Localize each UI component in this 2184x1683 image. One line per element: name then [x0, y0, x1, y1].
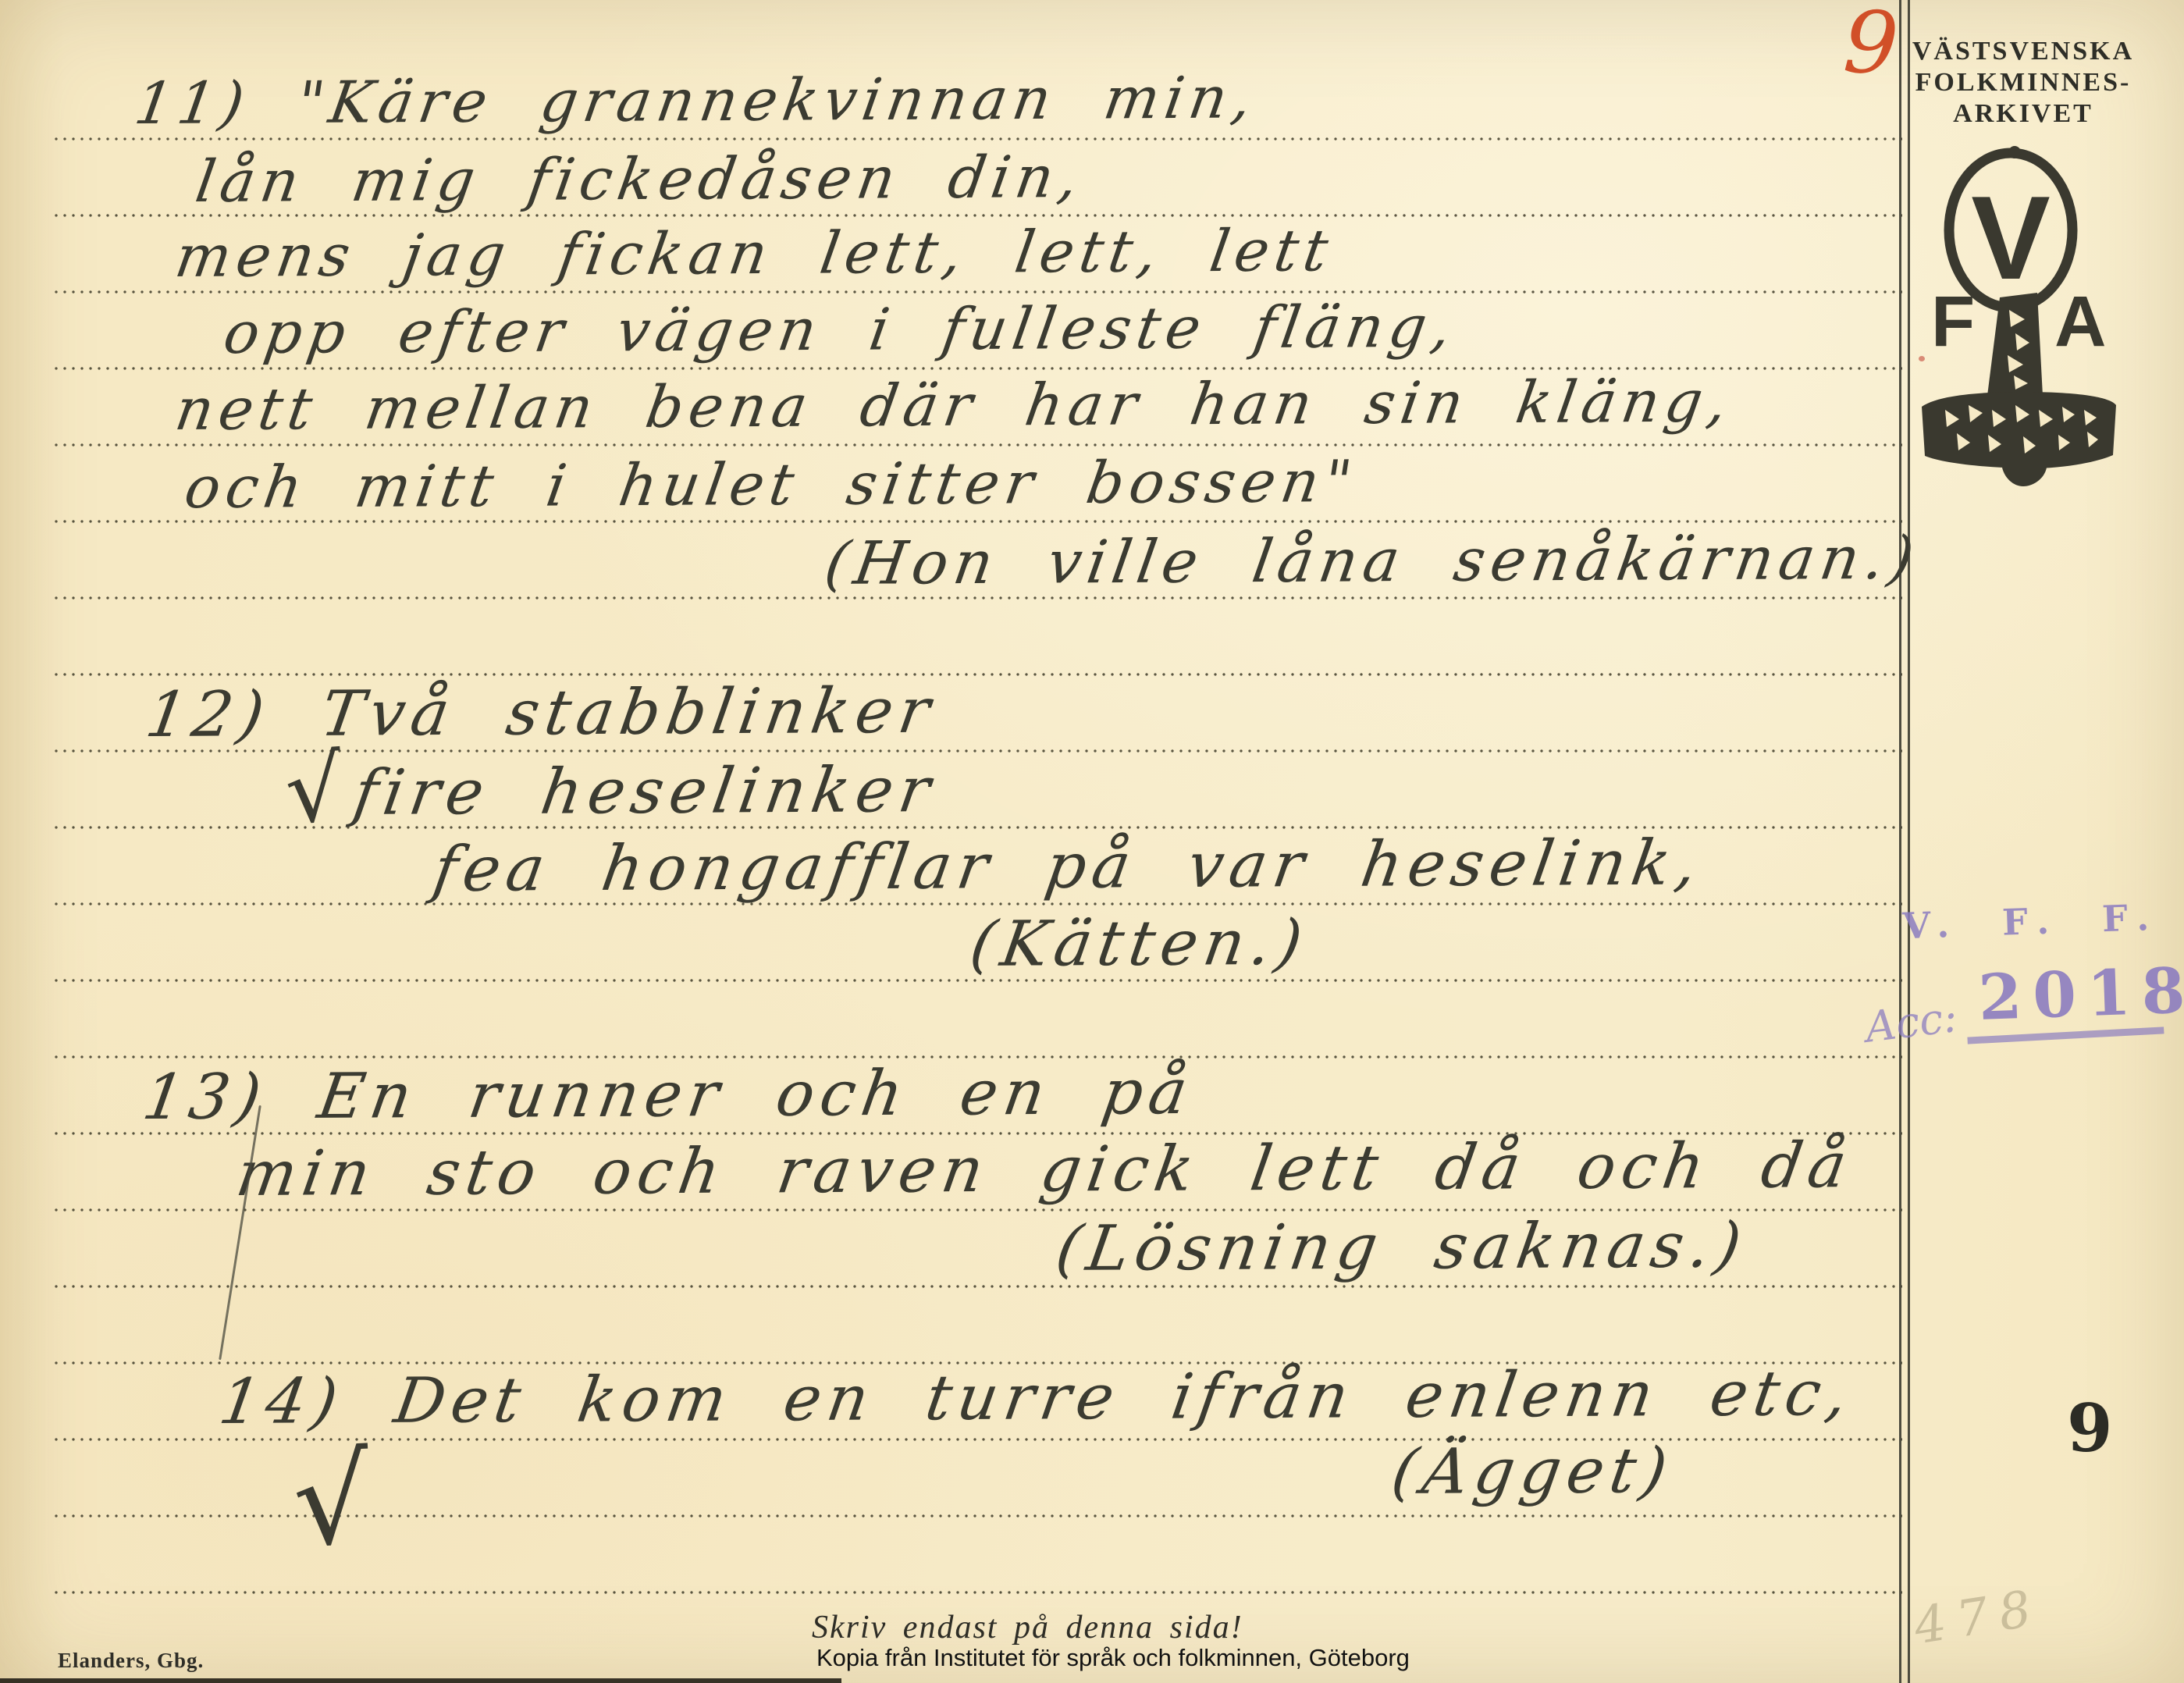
handwritten-line: (Lösning saknas.): [1052, 1214, 1752, 1280]
dotted-rule-line: [55, 137, 1902, 141]
dotted-rule-line: [55, 1285, 1902, 1288]
archive-header-line-3: ARKIVET: [1910, 98, 2136, 130]
dotted-rule-line: [55, 902, 1902, 906]
dotted-rule-line: [55, 290, 1902, 294]
dotted-rule-line: [55, 443, 1902, 447]
footer-copy-note: Kopia från Institutet för språk och folk…: [816, 1646, 1410, 1670]
handwritten-line: fire heselinker: [350, 759, 941, 824]
dotted-rule-line: [55, 673, 1902, 676]
footer-instruction: Skriv endast på denna sida!: [812, 1611, 1243, 1644]
scan-edge-shadow: [0, 1678, 841, 1683]
handwritten-line: mens jag fickan lett, lett, lett: [172, 222, 1337, 286]
handwritten-line: (Kätten.): [966, 912, 1312, 976]
handwritten-line: (Hon ville låna senåkärnan.): [821, 528, 1923, 593]
handwritten-line: lån mig fickedåsen din,: [192, 148, 1087, 211]
archive-header-line-2: FOLKMINNES-: [1910, 67, 2136, 98]
handwritten-line: 12) Två stabblinker: [142, 680, 940, 746]
logo-letter-f: F: [1931, 282, 1975, 361]
handwritten-line: 11) "Käre grannekvinnan min,: [131, 69, 1261, 133]
dotted-rule-line: [55, 1591, 1902, 1594]
handwritten-line: fea hongafflar på var heselink,: [429, 832, 1707, 901]
thors-hammer-logo: V F A: [1914, 144, 2140, 570]
handwritten-line: (Ägget): [1388, 1439, 1677, 1503]
scanned-archive-page: 9 VÄSTSVENSKA FOLKMINNES- ARKIVET V F A: [0, 0, 2184, 1683]
check-mark: √: [283, 744, 346, 838]
hammer-head: [1922, 392, 2116, 468]
archive-header: VÄSTSVENSKA FOLKMINNES- ARKIVET: [1910, 36, 2136, 130]
accession-stamp: V. F. F. Acc: 2018: [1861, 894, 2179, 1069]
printed-page-number: 9: [2067, 1396, 2112, 1461]
stamp-initials: V. F. F.: [1902, 899, 2162, 945]
archive-header-line-1: VÄSTSVENSKA: [1910, 36, 2136, 67]
red-folio-number: 9: [1841, 0, 1901, 87]
pen-stroke: [219, 1105, 261, 1360]
red-ink-speck: [1919, 356, 1925, 361]
handwritten-line: 14) Det kom en turre ifrån enlenn etc,: [215, 1362, 1858, 1433]
handwritten-line: min sto och raven gick lett då och då: [233, 1134, 1857, 1205]
stamp-acc-label: Acc:: [1863, 996, 1959, 1049]
margin-divider-double-line: [1899, 0, 1910, 1683]
hammer-head-boss: [2002, 468, 2047, 486]
pencil-note: 478: [1911, 1583, 2045, 1653]
handwritten-line: 13) En runner och en på: [139, 1061, 1197, 1129]
handwritten-line: nett mellan bena där har han sin kläng,: [172, 373, 1737, 439]
handwritten-line: opp efter vägen i fulleste fläng,: [220, 298, 1460, 362]
stamp-acc-number: 2018: [1977, 959, 2184, 1029]
check-mark: √: [290, 1439, 374, 1564]
footer-printer-mark: Elanders, Gbg.: [58, 1650, 204, 1671]
handwritten-line: och mitt i hulet sitter bossen": [181, 453, 1361, 517]
logo-letter-v: V: [1971, 172, 2050, 304]
logo-letter-a: A: [2054, 282, 2106, 361]
